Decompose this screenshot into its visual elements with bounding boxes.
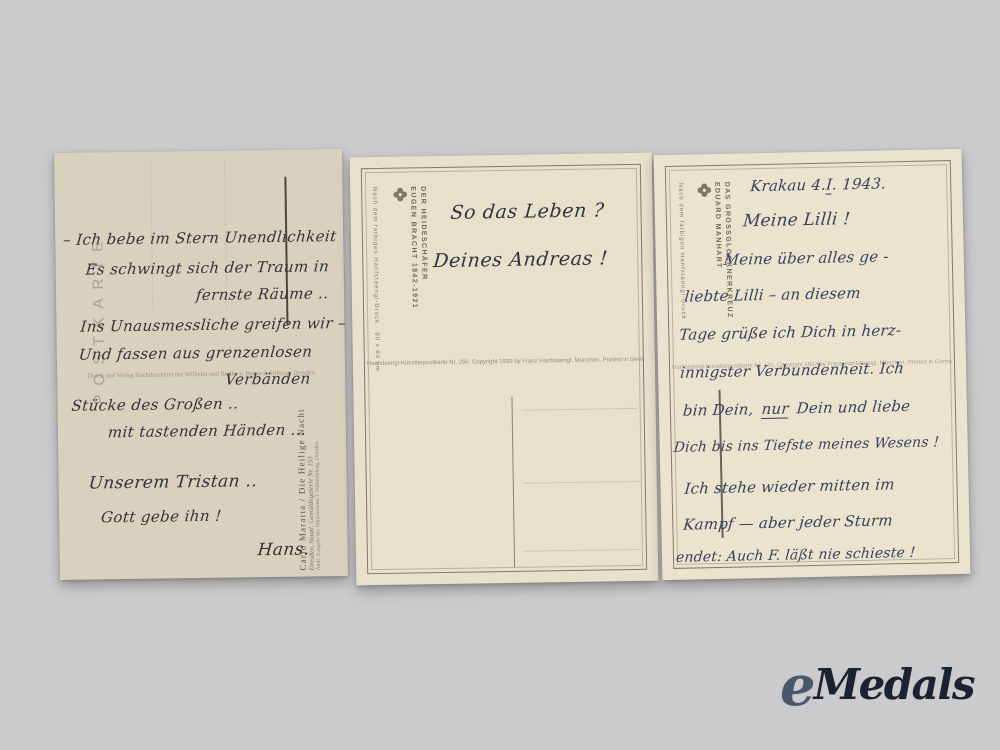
handwriting-line: liebte Lilli – an diesem: [684, 284, 862, 306]
postcard-right: Nach dem farbigen Hanfstaengl-Druck EDUA…: [654, 149, 971, 580]
clover-printer-mark-icon: [388, 187, 408, 202]
handwriting-line: Es schwingt sich der Traum in: [85, 257, 330, 278]
handwriting-line: Meine Lilli !: [742, 209, 851, 231]
date-part: Krakau 4.: [749, 176, 826, 196]
emedals-logo-e: e: [780, 653, 814, 719]
handwriting-date: Krakau 4.I. 1943.: [749, 174, 886, 195]
clover-printer-mark-icon: [692, 183, 712, 198]
printed-border-frame-inner: [365, 168, 643, 570]
emedals-logo-wordmark: Medals: [814, 660, 974, 709]
artwork-title-vertical: DER HEIDESCHÄFER: [419, 186, 427, 280]
postcard-left: POSTKARTE Druck und Verlag Buchdruckerei…: [54, 149, 348, 580]
handwriting-line: Deines Andreas !: [432, 247, 609, 272]
handwriting-line: Stücke des Großen ..: [71, 394, 240, 414]
handwriting-line: Und fassen aus grenzenlosen: [78, 342, 313, 363]
handwriting-line: – Ich bebe im Stern Unendlichkeit: [62, 227, 337, 249]
handwriting-signature: Hans.: [257, 539, 311, 560]
handwriting-line: Verbänden: [224, 369, 311, 388]
handwriting-line: Ins Unausmessliche greifen wir –: [80, 314, 347, 336]
date-part: . 1943.: [832, 174, 887, 193]
handwriting-line: fernste Räume ..: [195, 284, 329, 304]
handwriting-line: mit tastenden Händen ...: [107, 421, 307, 442]
printed-border-frame: [361, 164, 647, 574]
photo-background: POSTKARTE Druck und Verlag Buchdruckerei…: [0, 0, 1000, 750]
handwriting-part: Dein und liebe: [796, 397, 911, 417]
postcard-middle: Nach dem farbigen Hanfstaengl-Druck · 80…: [350, 153, 659, 586]
handwriting-underlined-word: nur: [761, 399, 790, 419]
handwriting-line: Meine über alles ge -: [723, 247, 889, 268]
emedals-watermark-logo: eMedals: [780, 658, 974, 714]
handwriting-part: bin Dein,: [682, 400, 754, 420]
artwork-credit-edition: Amtl. Ausgabe des Ministeriums f. Volksb…: [314, 408, 322, 570]
handwriting-line: Unserem Tristan ..: [88, 471, 259, 493]
handwriting-line: Gott gebe ihn !: [100, 507, 222, 527]
handwriting-line: So das Leben ?: [450, 199, 606, 223]
